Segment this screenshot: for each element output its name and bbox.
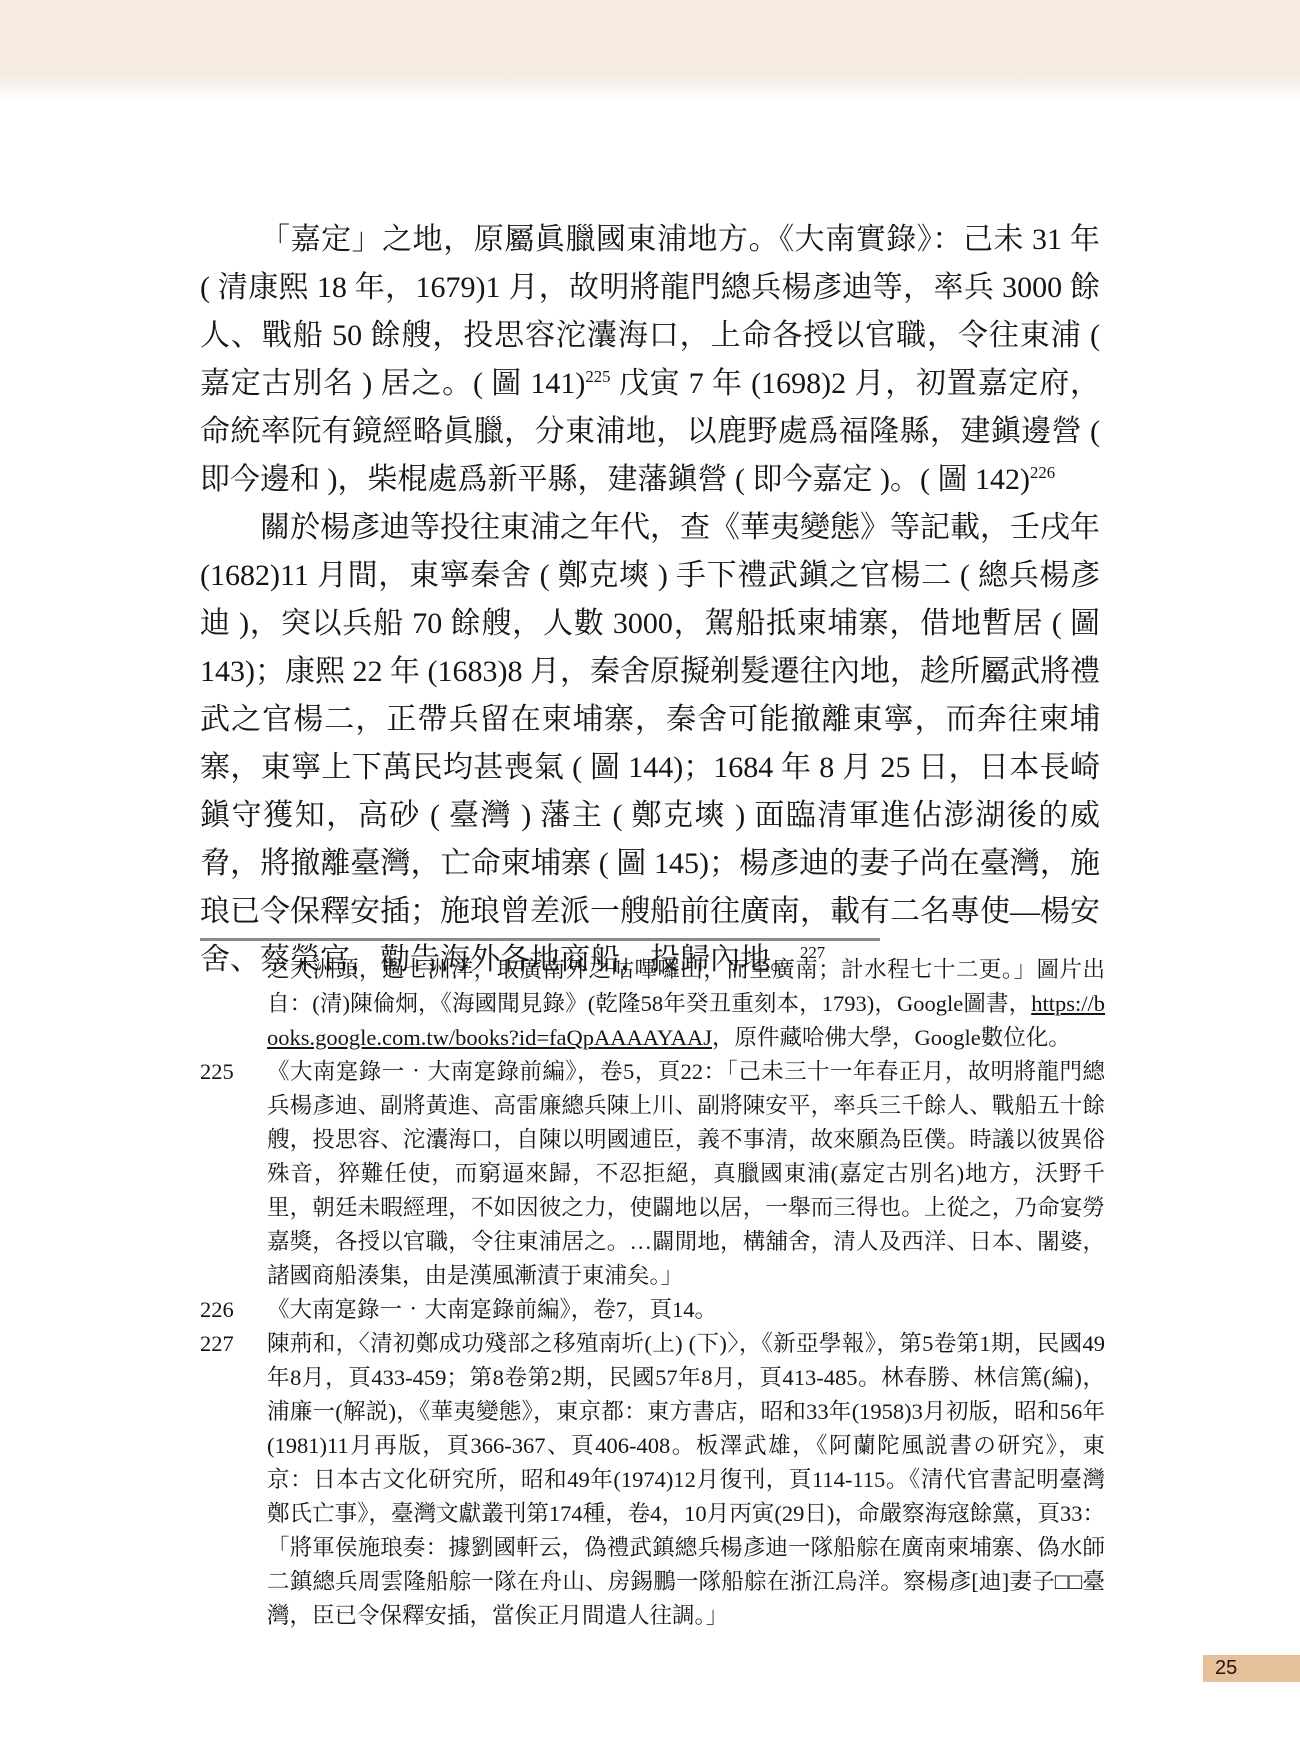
footnote-item: 227陳荊和，〈清初鄭成功殘部之移殖南圻(上) (下)〉，《新亞學報》，第5卷第… xyxy=(200,1327,1105,1633)
body-text: 「嘉定」之地，原屬眞臘國東浦地方。《大南實錄》：己未 31 年 ( 清康熙 18… xyxy=(200,216,1100,984)
text-run: ，原件藏哈佛大學，Google數位化。 xyxy=(712,1025,1071,1050)
footnote-number: 226 xyxy=(200,1293,234,1327)
page-number: 25 xyxy=(1215,1657,1237,1679)
paragraph: 「嘉定」之地，原屬眞臘國東浦地方。《大南實錄》：己未 31 年 ( 清康熙 18… xyxy=(200,216,1100,504)
text-run: 《大南寔錄一‧大南寔錄前編》，卷5，頁22：「己未三十一年春正月，故明將龍門總兵… xyxy=(267,1059,1105,1288)
footnote-continuation: 之大洲頭，過七洲洋，取廣南外之咕嗶囉山，而至廣南；計水程七十二更。」圖片出自：(… xyxy=(267,953,1105,1055)
footnote-separator xyxy=(200,938,880,941)
text-run: 《大南寔錄一‧大南寔錄前編》，卷7，頁14。 xyxy=(267,1297,717,1322)
footnote-number: 225 xyxy=(200,1055,234,1089)
page-number-tab: 25 xyxy=(1203,1655,1300,1682)
footnote-number: 227 xyxy=(200,1327,234,1361)
page-top-band xyxy=(0,0,1300,100)
text-run: 之大洲頭，過七洲洋，取廣南外之咕嗶囉山，而至廣南；計水程七十二更。」圖片出自：(… xyxy=(267,957,1105,1016)
text-run: 關於楊彥迪等投往東浦之年代，查《華夷變態》等記載，壬戌年 (1682)11 月間… xyxy=(200,511,1100,976)
footnote-item: 226《大南寔錄一‧大南寔錄前編》，卷7，頁14。 xyxy=(200,1293,1105,1327)
footnotes: 之大洲頭，過七洲洋，取廣南外之咕嗶囉山，而至廣南；計水程七十二更。」圖片出自：(… xyxy=(200,953,1105,1633)
paragraph: 關於楊彥迪等投往東浦之年代，查《華夷變態》等記載，壬戌年 (1682)11 月間… xyxy=(200,504,1100,984)
footnote-ref: 225 xyxy=(585,367,610,386)
footnote-item: 225《大南寔錄一‧大南寔錄前編》，卷5，頁22：「己未三十一年春正月，故明將龍… xyxy=(200,1055,1105,1293)
book-page: 「嘉定」之地，原屬眞臘國東浦地方。《大南實錄》：己未 31 年 ( 清康熙 18… xyxy=(0,0,1300,1763)
footnote-ref: 226 xyxy=(1030,463,1055,482)
text-run: 陳荊和，〈清初鄭成功殘部之移殖南圻(上) (下)〉，《新亞學報》，第5卷第1期，… xyxy=(267,1331,1105,1628)
